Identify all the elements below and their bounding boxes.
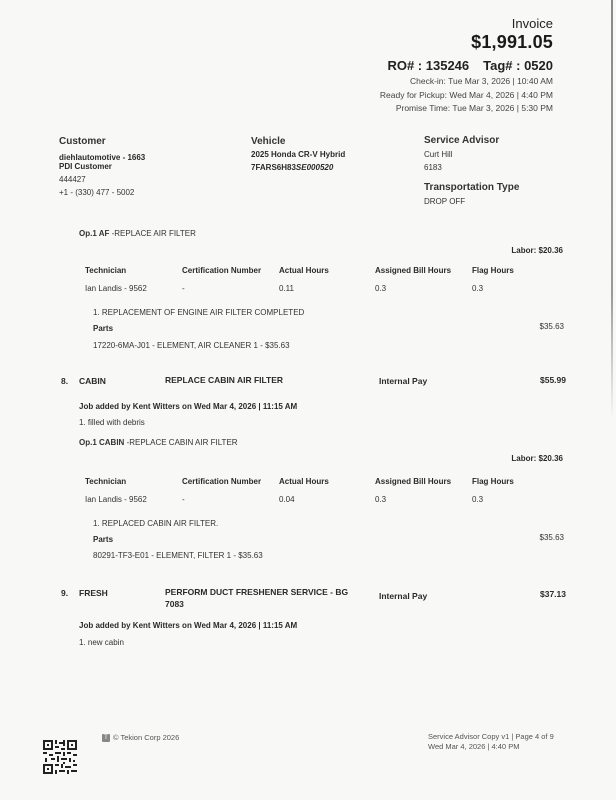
op-af-labor: Labor: $20.36 bbox=[511, 246, 563, 255]
transportation-value: DROP OFF bbox=[424, 197, 465, 206]
job-8-certification: - bbox=[182, 495, 185, 504]
vehicle-title: Vehicle bbox=[251, 136, 285, 147]
job-8-parts-label: Parts bbox=[93, 535, 113, 544]
job-9-pay-type: Internal Pay bbox=[379, 591, 427, 601]
footer-copyright: © Tekion Corp 2026 bbox=[113, 733, 179, 742]
op-af-parts-total: $35.63 bbox=[540, 322, 564, 331]
job-9-description: PERFORM DUCT FRESHENER SERVICE - BG 7083 bbox=[165, 586, 365, 610]
customer-name: diehlautomotive - 1663 bbox=[59, 153, 145, 162]
th-technician-2: Technician bbox=[85, 477, 126, 486]
th-flag-hours-2: Flag Hours bbox=[472, 477, 514, 486]
document-type: Invoice bbox=[512, 16, 553, 31]
job-8-op-desc: -REPLACE CABIN AIR FILTER bbox=[124, 438, 237, 447]
invoice-total: $1,991.05 bbox=[471, 32, 553, 53]
customer-id: 444427 bbox=[59, 175, 86, 184]
job-8-part-line: 80291-TF3-E01 - ELEMENT, FILTER 1 - $35.… bbox=[93, 551, 263, 560]
job-9-concern: 1. new cabin bbox=[79, 638, 124, 647]
scan-edge-line bbox=[611, 0, 613, 420]
th-technician: Technician bbox=[85, 266, 126, 275]
th-actual-hours: Actual Hours bbox=[279, 266, 329, 275]
job-8-technician: Ian Landis - 9562 bbox=[85, 495, 147, 504]
op-af-part-line: 17220-6MA-J01 - ELEMENT, AIR CLEANER 1 -… bbox=[93, 341, 290, 350]
promise-time: Promise Time: Tue Mar 3, 2026 | 5:30 PM bbox=[396, 103, 553, 113]
job-8-amount: $55.99 bbox=[540, 375, 566, 385]
vin-prefix: 7FARS6H83 bbox=[251, 163, 296, 172]
job-9-number: 9. bbox=[61, 588, 68, 598]
ro-tag-line: RO# : 135246Tag# : 0520 bbox=[387, 58, 553, 73]
job-8-description: REPLACE CABIN AIR FILTER bbox=[165, 374, 365, 386]
footer-copy-info: Service Advisor Copy v1 | Page 4 of 9 bbox=[428, 732, 554, 741]
job-8-assigned-bill-hours: 0.3 bbox=[375, 495, 386, 504]
vin-suffix: SE000520 bbox=[296, 163, 333, 172]
th-assigned-bill-hours-2: Assigned Bill Hours bbox=[375, 477, 451, 486]
op-af-certification: - bbox=[182, 284, 185, 293]
job-8-code: CABIN bbox=[79, 376, 106, 386]
job-8-labor: Labor: $20.36 bbox=[511, 454, 563, 463]
th-certification-2: Certification Number bbox=[182, 477, 261, 486]
job-9-amount: $37.13 bbox=[540, 589, 566, 599]
customer-phone: +1 - (330) 477 - 5002 bbox=[59, 188, 134, 197]
service-advisor-title: Service Advisor bbox=[424, 135, 499, 146]
footer-printed-date: Wed Mar 4, 2026 | 4:40 PM bbox=[428, 742, 519, 751]
job-8-actual-hours: 0.04 bbox=[279, 495, 295, 504]
job-8-parts-total: $35.63 bbox=[540, 533, 564, 542]
job-8-concern: 1. filled with debris bbox=[79, 418, 145, 427]
tag-number: Tag# : 0520 bbox=[483, 58, 553, 73]
vehicle-vin: 7FARS6H83SE000520 bbox=[251, 163, 333, 172]
service-advisor-name: Curt Hill bbox=[424, 150, 452, 159]
op-af-technician: Ian Landis - 9562 bbox=[85, 284, 147, 293]
service-advisor-id: 6183 bbox=[424, 163, 442, 172]
ro-number: RO# : 135246 bbox=[387, 58, 469, 73]
job-8-flag-hours: 0.3 bbox=[472, 495, 483, 504]
job-8-pay-type: Internal Pay bbox=[379, 376, 427, 386]
th-flag-hours: Flag Hours bbox=[472, 266, 514, 275]
ready-for-pickup-time: Ready for Pickup: Wed Mar 4, 2026 | 4:40… bbox=[380, 90, 553, 100]
job-8-note: 1. REPLACED CABIN AIR FILTER. bbox=[93, 519, 218, 528]
transportation-title: Transportation Type bbox=[424, 182, 519, 193]
tekion-logo-icon: T bbox=[102, 734, 110, 742]
customer-type: PDI Customer bbox=[59, 162, 112, 171]
customer-title: Customer bbox=[59, 136, 106, 147]
job-9-added-by: Job added by Kent Witters on Wed Mar 4, … bbox=[79, 621, 297, 630]
job-8-op-heading: Op.1 CABIN -REPLACE CABIN AIR FILTER bbox=[79, 438, 238, 447]
op-af-desc: -REPLACE AIR FILTER bbox=[109, 229, 196, 238]
job-8-added-by: Job added by Kent Witters on Wed Mar 4, … bbox=[79, 402, 297, 411]
op-af-parts-label: Parts bbox=[93, 324, 113, 333]
op-af-actual-hours: 0.11 bbox=[279, 284, 294, 293]
op-af-flag-hours: 0.3 bbox=[472, 284, 483, 293]
vehicle-model: 2025 Honda CR-V Hybrid bbox=[251, 150, 345, 159]
check-in-time: Check-in: Tue Mar 3, 2026 | 10:40 AM bbox=[410, 76, 553, 86]
th-certification: Certification Number bbox=[182, 266, 261, 275]
job-9-code: FRESH bbox=[79, 588, 108, 598]
op-af-heading: Op.1 AF -REPLACE AIR FILTER bbox=[79, 229, 196, 238]
footer-copyright-line: T© Tekion Corp 2026 bbox=[102, 733, 179, 742]
th-actual-hours-2: Actual Hours bbox=[279, 477, 329, 486]
qr-code-icon bbox=[43, 740, 77, 774]
op-af-assigned-bill-hours: 0.3 bbox=[375, 284, 386, 293]
th-assigned-bill-hours: Assigned Bill Hours bbox=[375, 266, 451, 275]
op-af-code: Op.1 AF bbox=[79, 229, 109, 238]
job-8-op-code: Op.1 CABIN bbox=[79, 438, 124, 447]
job-8-number: 8. bbox=[61, 376, 68, 386]
op-af-note: 1. REPLACEMENT OF ENGINE AIR FILTER COMP… bbox=[93, 308, 304, 317]
